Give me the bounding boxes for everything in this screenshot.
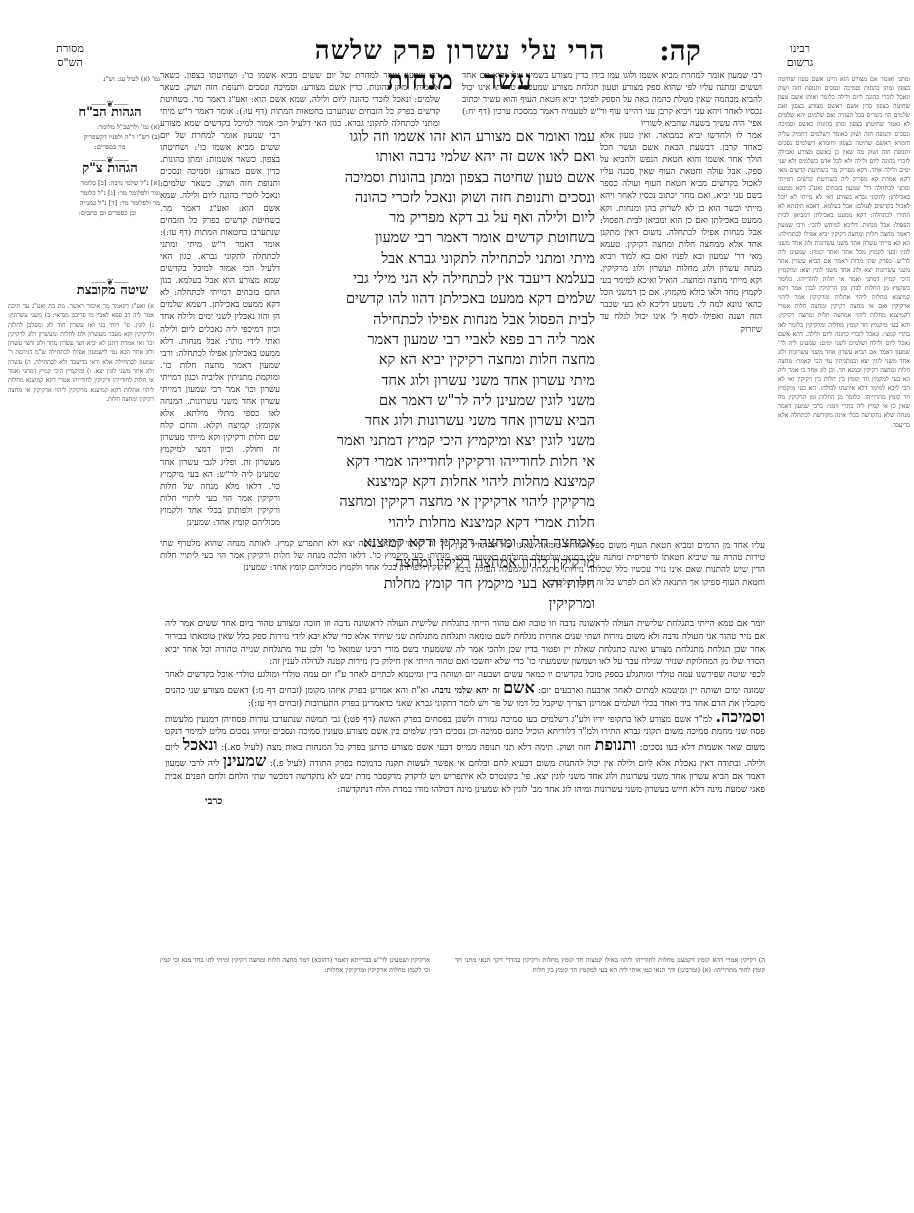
gemara-line: חלות אמרי דקא קמיצנא מחלות ליהוי: [285, 513, 595, 533]
gemara-line: אשם טעון שחיטה בצפון ומתן בהונות וסמיכה: [285, 168, 595, 188]
gemara-line: קמיצנא מחלות ליהוי אחלות דקא קמיצנא: [285, 472, 595, 492]
gemara-line: אי חלות לחודייהו ורקיקין לחודייהו אמרי ד…: [285, 452, 595, 472]
tzk-line: [א] נ"ל שלמי נדבה: [ב] כלומר: [55, 178, 160, 188]
gemara-line: אמר ליה רב פפא לאביי רבי שמעון דאמר: [285, 330, 595, 350]
gemara-line: מרקיקין ליהוי ארקיקין אי מחצה רקיקין ומח…: [285, 492, 595, 512]
gemara-line: ונסכים ותנופת חזה ושוק ונאכל לזכרי כהונה: [285, 188, 595, 208]
bach-line: (א) גמ' ולרשב"ל מלומר:: [60, 122, 160, 132]
gemara-line: בעלמא דיעבד אין לכתחילה לא הני מילי גבי: [285, 269, 595, 289]
label-line-2: גרשום: [770, 56, 830, 70]
tosafot-top: רבי שמעון אומר למחרת של יום ששים מביא אש…: [160, 70, 440, 130]
tzk-title: הגהות צ"ק: [70, 160, 150, 176]
tosafot-wide-section: יומר אם טמא הייתי בתגלחת שלישית העולה לר…: [165, 618, 765, 809]
gemara-line: ליום ולילה ואף על גב דקא מפריק מר: [285, 208, 595, 228]
daf-number: קה:: [650, 34, 710, 68]
gemara-line: משני לוגין שמעינן ליה לר"ש דאמר אם: [285, 391, 595, 411]
rashi-text: רבי שמעון אומר למחרת מביא אשמו ולוגו עמו…: [462, 70, 762, 130]
tosafot-text: חזה ושוק. תימה דלא תני תנופה ממייס דבעי …: [221, 743, 591, 753]
tosafot-continuation: של זה לאותי והשאר נדבה יצא ולא תתפרש קמי…: [160, 538, 450, 618]
rashi-text: עליו אחד מן הדמים ומביא חטאת העוף משום ס…: [455, 540, 765, 589]
rashi-continuation: עליו אחד מן הדמים ומביא חטאת העוף משום ס…: [455, 540, 765, 614]
gemara-line: שלמים דקא ממעט באכילתן דהוו להו קדשים: [285, 289, 595, 309]
tosafot-paragraph: יומר אם טמא הייתי בתגלחת שלישית העולה לר…: [165, 618, 765, 669]
shita-mekubetzet-title: שיטה מקובצת: [70, 282, 155, 298]
bottom-note-left: ארקיקין ושמעינן לר"ש בברייתא דאמר (דהוכא…: [160, 955, 430, 975]
gemara-line: בשחוטת קדשים אומר דאמר רבי שמעון: [285, 228, 595, 248]
rabbeinu-gershom-text: ומתני ואומר אם מצורע הוא היינו אשם טעון …: [778, 75, 910, 430]
dibur-hamatchil: ונאכל: [183, 735, 218, 754]
masoret-note: גמ' (א) לעיל עג: וש"נ: [60, 74, 160, 84]
rabbeinu-gershom-label: רבינו גרשום: [770, 42, 830, 70]
rashi-top: רבי שמעון אומר למחרת מביא אשמו ולוגו עמו…: [462, 70, 762, 130]
label-line-1: רבינו: [770, 42, 830, 56]
gemara-line: הביא עשרון אחד משני עשרונות ולוג אחד: [285, 411, 595, 431]
gemara-line: מיתי עשרון אחד משני עשרון ולוג אחד: [285, 371, 595, 391]
rabbeinu-gershom-column: ומתני ואומר אם מצורע הוא היינו אשם טעון …: [778, 75, 910, 1115]
gemara-line: ואם לאו אשם זה יהא שלמי נדבה ואותו: [285, 147, 595, 167]
catchword: כרבי: [165, 796, 765, 809]
label-line-2: הש"ס: [40, 56, 100, 70]
dibur-hamatchil: אשם: [503, 678, 535, 697]
gemara-line: מחצה חלות ומחצה רקיקין יביא הא קא: [285, 350, 595, 370]
rashi-text: אמר לו ולחדשו יביא כמבואר. ואין טעון אלא…: [600, 130, 762, 336]
bach-line: (ב) רש"י ד"ה ולפניו דקשפריק: [60, 132, 160, 142]
bottom-note-right: ה) רקיקין אמרי דהא קומץ דקמצנן מחלות לחו…: [455, 955, 765, 975]
talmud-page: מסורת הש"ס הרי עלי עשרון פרק שלשה עשר מנ…: [0, 0, 914, 1213]
tosafot-paragraph: וסמיכה. למ"ד אשם מצורע לאו בתקופי ידיו ו…: [165, 711, 765, 797]
shita-mekubetzet-text: א) ואע"ג דקאמר מר איסור ראשר. מת בת ואע"…: [8, 302, 154, 1162]
tosafot-text: רבי שמעון אומר למחרת של יום ששים מביא אש…: [160, 70, 440, 130]
tzk-line: מר ולפלומר מר: [ד] נ"ל כמנייה: [55, 198, 160, 208]
label-line-1: מסורת: [40, 42, 100, 56]
bach-line: מר כספרים:: [60, 142, 160, 152]
bach-title: הגהות הב"ח: [70, 104, 150, 120]
gemara-line: לבית הפסול אבל מנחות אפילו לכתחילה: [285, 310, 595, 330]
gemara-line: מיתי ומתני לכתחילה לתקוני גברא אבל: [285, 249, 595, 269]
bach-notes: (א) גמ' ולרשב"ל מלומר: (ב) רש"י ד"ה ולפנ…: [60, 122, 160, 152]
tosafot-text: של זה לאותי והשאר נדבה יצא ולא תתפרש קמי…: [160, 538, 450, 575]
tzk-line: וכן כספרים וכן כתבים:: [55, 208, 160, 218]
dibur-hamatchil: שמעינן: [223, 751, 266, 770]
tzk-line: ומר ולפלומר מר: [ג] נ"ל כלומר: [55, 188, 160, 198]
tosafot-left-column: רבי שמעון אומר למחרת של יום ששים מביא אש…: [160, 130, 280, 550]
gemara-line: עמו ואומר אם מצורע הוא זהו אשמו וזה לוגו: [285, 127, 595, 147]
tosafot-paragraph: לכפי שיטה שפירשנו עמה טולדי ומותגלע בספק…: [165, 669, 765, 710]
tzk-notes: [א] נ"ל שלמי נדבה: [ב] כלומר ומר ולפלומר…: [55, 178, 160, 218]
masoret-hashas-label: מסורת הש"ס: [40, 42, 100, 70]
dibur-hamatchil: וסמיכה.: [716, 707, 765, 726]
gemara-line: משני לוגין יצא ומיקמיץ היכי קמיץ דמתני ו…: [285, 431, 595, 451]
dibur-hamatchil-cont: זה יהא שלמי נדבה.: [431, 686, 499, 696]
dibur-hamatchil: ותנופת: [595, 735, 637, 754]
tosafot-text: רבי שמעון אומר למחרת של יום ששים מביא אש…: [160, 130, 280, 529]
